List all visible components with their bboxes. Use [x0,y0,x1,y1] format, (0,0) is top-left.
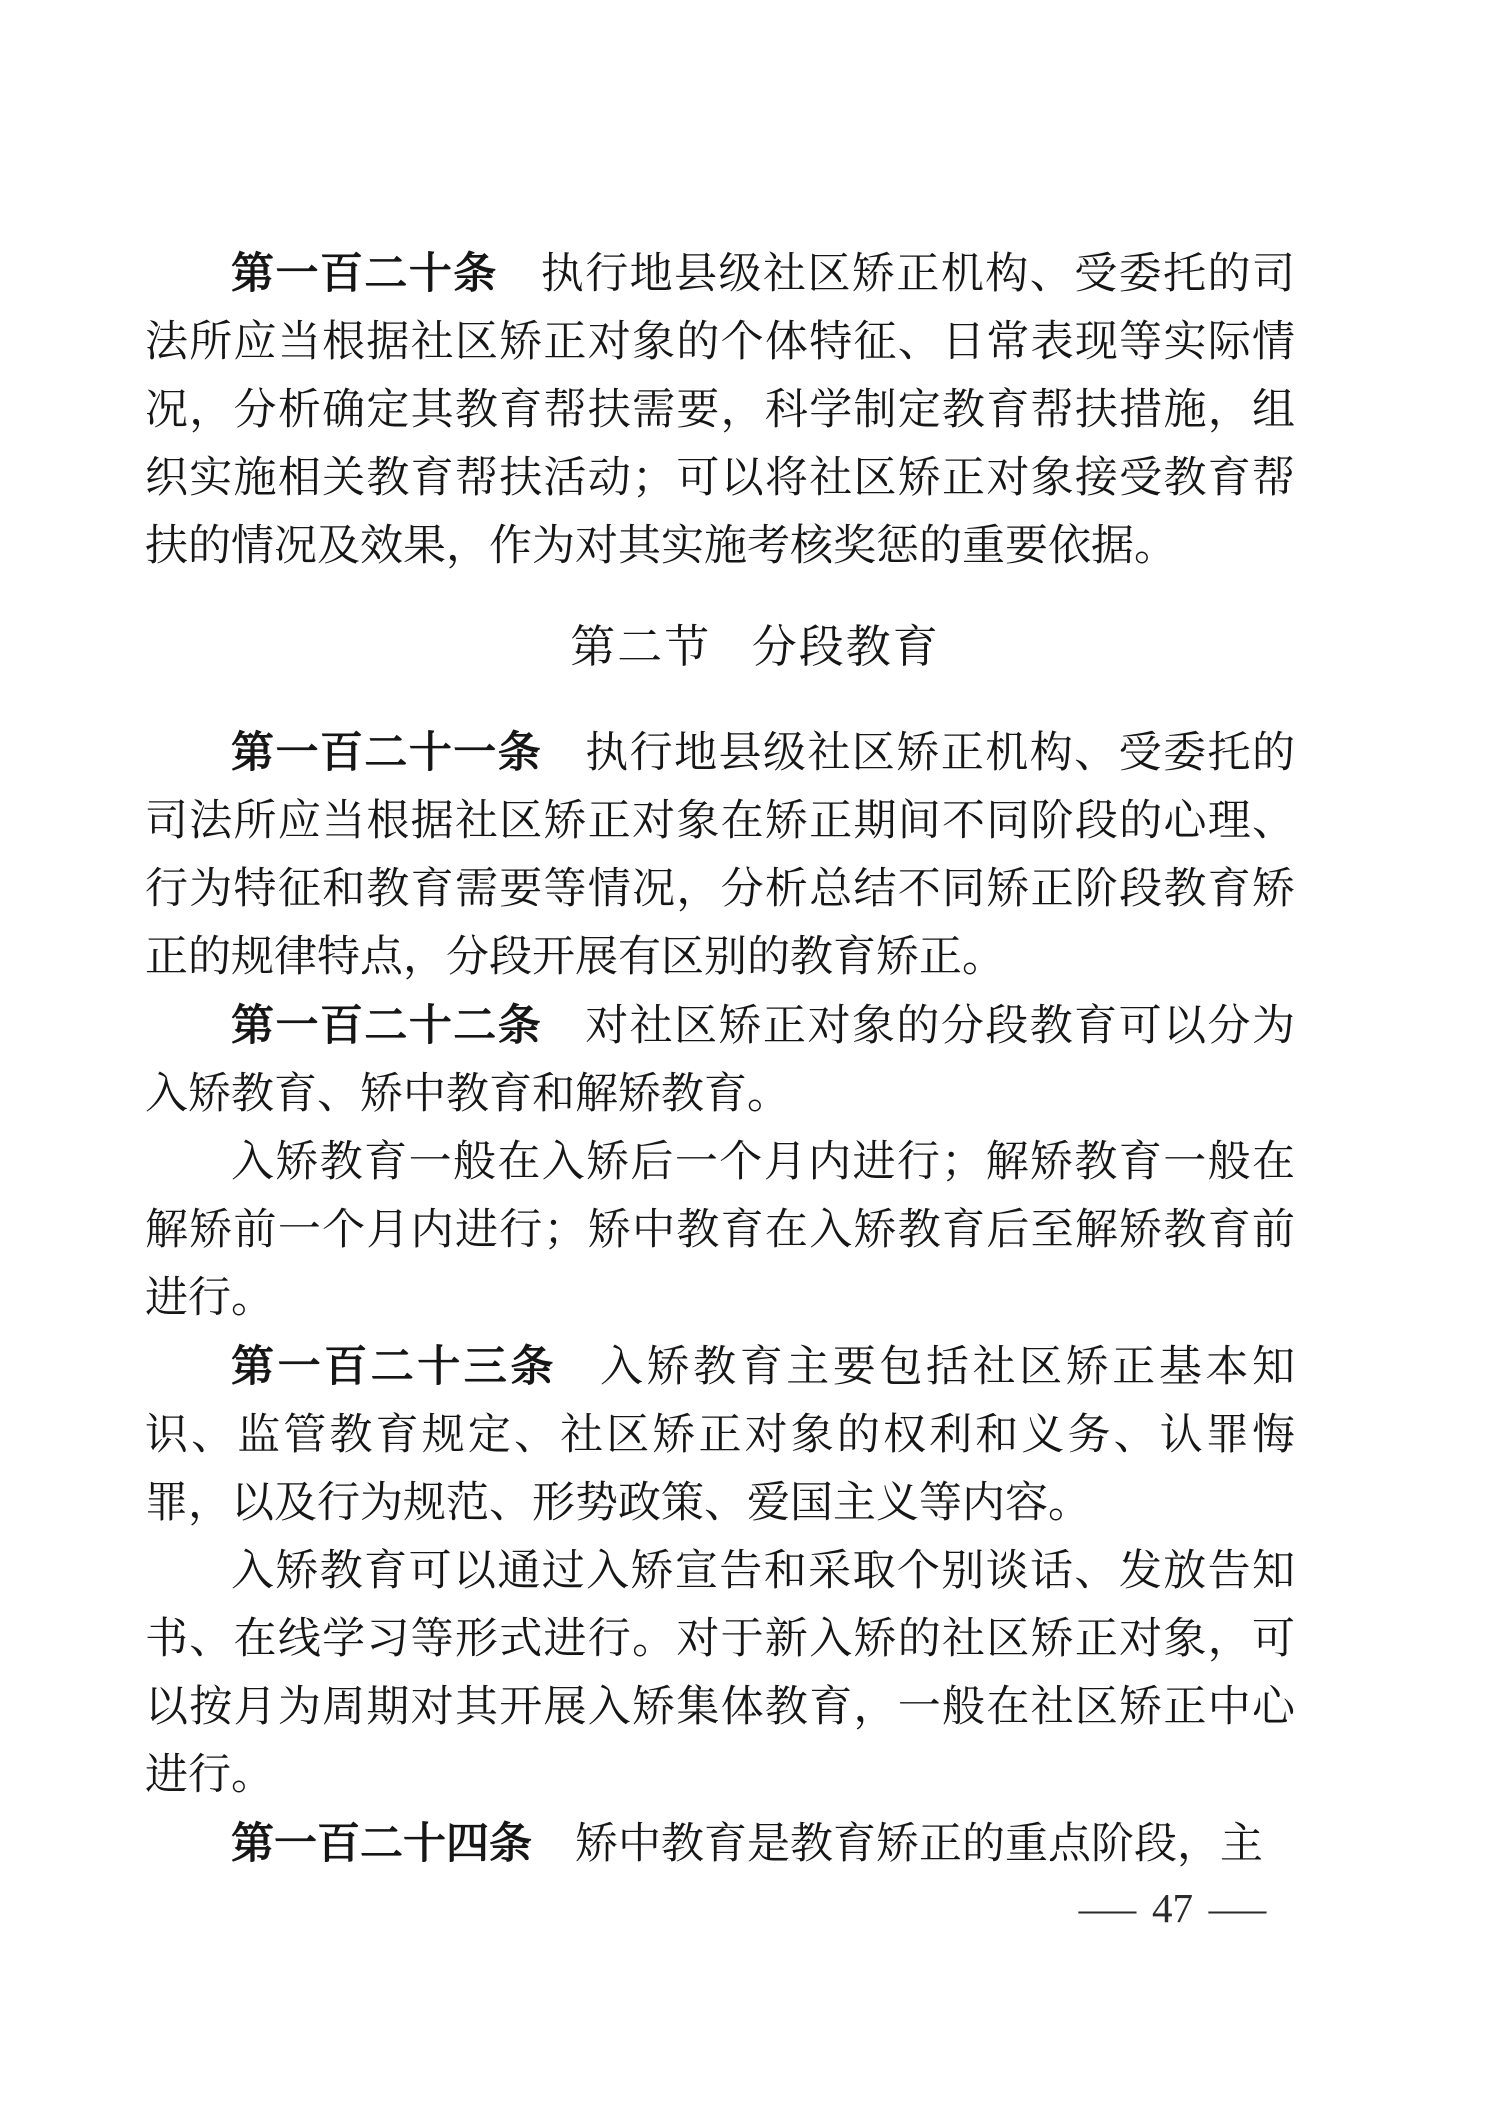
article-122-sub-text: 入矫教育一般在入矫后一个月内进行；解矫教育一般在解矫前一个月内进行；矫中教育在入… [145,1139,1295,1322]
article-124-text: 矫中教育是教育矫正的重点阶段，主 [575,1821,1263,1868]
footer-dash-right: — [1209,1884,1266,1932]
section-heading: 第二节分段教育 [145,613,1295,681]
article-124-number: 第一百二十四条 [231,1820,532,1868]
section-label: 第二节 [570,622,711,672]
page-number: 47 [1152,1884,1193,1932]
article-120-number: 第一百二十条 [231,250,498,298]
document-page: 第一百二十条执行地县级社区矫正机构、受委托的司法所应当根据社区矫正对象的个体特征… [0,0,1488,2105]
article-122-number: 第一百二十二条 [231,1002,542,1050]
article-123-sub-paragraph: 入矫教育可以通过入矫宣告和采取个别谈话、发放告知书、在线学习等形式进行。对于新入… [145,1538,1295,1810]
article-120-text: 执行地县级社区矫正机构、受委托的司法所应当根据社区矫正对象的个体特征、日常表现等… [145,251,1295,570]
footer-dash-left: — [1079,1884,1136,1932]
article-121-number: 第一百二十一条 [231,729,542,777]
article-121-paragraph: 第一百二十一条执行地县级社区矫正机构、受委托的司法所应当根据社区矫正对象在矫正期… [145,719,1295,992]
page-content: 第一百二十条执行地县级社区矫正机构、受委托的司法所应当根据社区矫正对象的个体特征… [145,240,1295,1879]
page-footer: —47— [1087,1884,1258,1932]
article-123-number: 第一百二十三条 [231,1343,557,1391]
article-123-sub-text: 入矫教育可以通过入矫宣告和采取个别谈话、发放告知书、在线学习等形式进行。对于新入… [145,1548,1295,1799]
article-123-paragraph: 第一百二十三条入矫教育主要包括社区矫正基本知识、监管教育规定、社区矫正对象的权利… [145,1333,1295,1538]
section-title: 分段教育 [752,622,940,672]
article-122-sub-paragraph: 入矫教育一般在入矫后一个月内进行；解矫教育一般在解矫前一个月内进行；矫中教育在入… [145,1129,1295,1333]
article-122-paragraph: 第一百二十二条对社区矫正对象的分段教育可以分为入矫教育、矫中教育和解矫教育。 [145,992,1295,1129]
article-120-paragraph: 第一百二十条执行地县级社区矫正机构、受委托的司法所应当根据社区矫正对象的个体特征… [145,240,1295,581]
article-124-paragraph: 第一百二十四条矫中教育是教育矫正的重点阶段，主 [145,1810,1295,1879]
